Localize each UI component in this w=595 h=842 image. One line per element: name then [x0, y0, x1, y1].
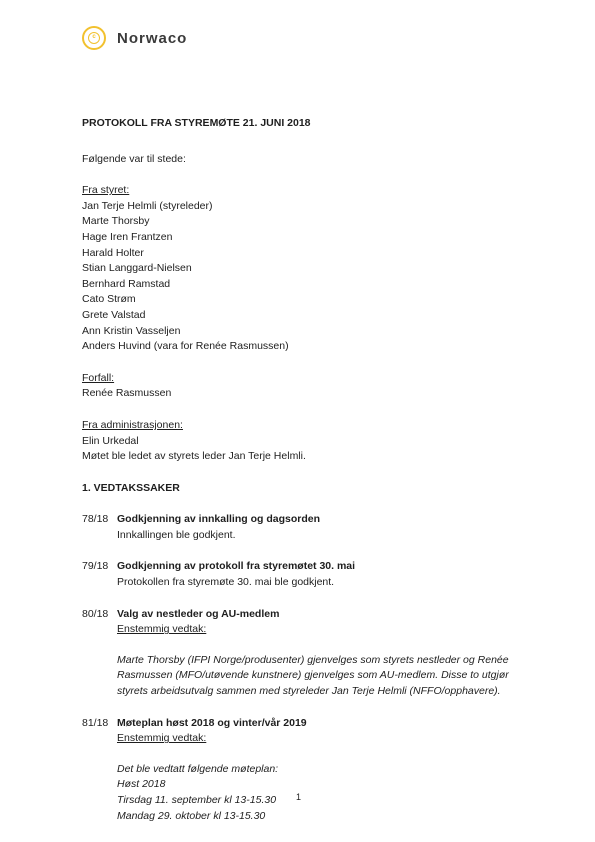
admin-member: Elin Urkedal — [82, 434, 522, 450]
meeting-plan-line: Det ble vedtatt følgende møteplan: — [117, 762, 522, 778]
meeting-plan-line: Høst 2018 — [117, 777, 522, 793]
board-member: Ann Kristin Vasseljen — [82, 324, 522, 340]
norwaco-logo: c Norwaco — [82, 26, 187, 50]
case-number: 79/18 — [82, 559, 117, 590]
case-title: Valg av nestleder og AU-medlem — [117, 607, 522, 623]
section-heading: 1. VEDTAKSSAKER — [82, 481, 522, 497]
absent-member: Renée Rasmussen — [82, 386, 522, 402]
logo-circle-icon: c — [82, 26, 106, 50]
board-member: Marte Thorsby — [82, 214, 522, 230]
board-member: Harald Holter — [82, 246, 522, 262]
case-text: Protokollen fra styremøte 30. mai ble go… — [117, 575, 522, 591]
board-member: Anders Huvind (vara for Renée Rasmussen) — [82, 339, 522, 355]
board-member: Stian Langgard-Nielsen — [82, 261, 522, 277]
board-label: Fra styret: — [82, 183, 522, 199]
intro-text: Følgende var til stede: — [82, 152, 522, 168]
meeting-plan-line: Mandag 29. oktober kl 13-15.30 — [117, 809, 522, 825]
brand-name: Norwaco — [117, 30, 187, 47]
decision-label: Enstemmig vedtak: — [117, 622, 522, 638]
meeting-plan-line: Tirsdag 11. september kl 13-15.30 — [117, 793, 522, 809]
page-number: 1 — [296, 792, 301, 802]
admin-label: Fra administrasjonen: — [82, 418, 522, 434]
case-78-18: 78/18 Godkjenning av innkalling og dagso… — [82, 512, 522, 543]
case-79-18: 79/18 Godkjenning av protokoll fra styre… — [82, 559, 522, 590]
case-number: 81/18 — [82, 716, 117, 825]
meeting-led-note: Møtet ble ledet av styrets leder Jan Ter… — [82, 449, 522, 465]
case-title: Godkjenning av protokoll fra styremøtet … — [117, 559, 522, 575]
decision-label: Enstemmig vedtak: — [117, 731, 522, 747]
board-member: Hage Iren Frantzen — [82, 230, 522, 246]
decision-text: Marte Thorsby (IFPI Norge/produsenter) g… — [117, 653, 522, 700]
case-title: Godkjenning av innkalling og dagsorden — [117, 512, 522, 528]
board-member: Grete Valstad — [82, 308, 522, 324]
logo-c-icon: c — [88, 32, 100, 44]
document-body: PROTOKOLL FRA STYREMØTE 21. JUNI 2018 Fø… — [82, 116, 522, 824]
document-title: PROTOKOLL FRA STYREMØTE 21. JUNI 2018 — [82, 116, 522, 132]
case-text: Innkallingen ble godkjent. — [117, 528, 522, 544]
absent-label: Forfall: — [82, 371, 522, 387]
board-member: Bernhard Ramstad — [82, 277, 522, 293]
case-number: 80/18 — [82, 607, 117, 700]
case-number: 78/18 — [82, 512, 117, 543]
meeting-plan: Det ble vedtatt følgende møteplan: Høst … — [117, 762, 522, 824]
case-title: Møteplan høst 2018 og vinter/vår 2019 — [117, 716, 522, 732]
board-member: Jan Terje Helmli (styreleder) — [82, 199, 522, 215]
board-member: Cato Strøm — [82, 292, 522, 308]
case-81-18: 81/18 Møteplan høst 2018 og vinter/vår 2… — [82, 716, 522, 825]
case-80-18: 80/18 Valg av nestleder og AU-medlem Ens… — [82, 607, 522, 700]
